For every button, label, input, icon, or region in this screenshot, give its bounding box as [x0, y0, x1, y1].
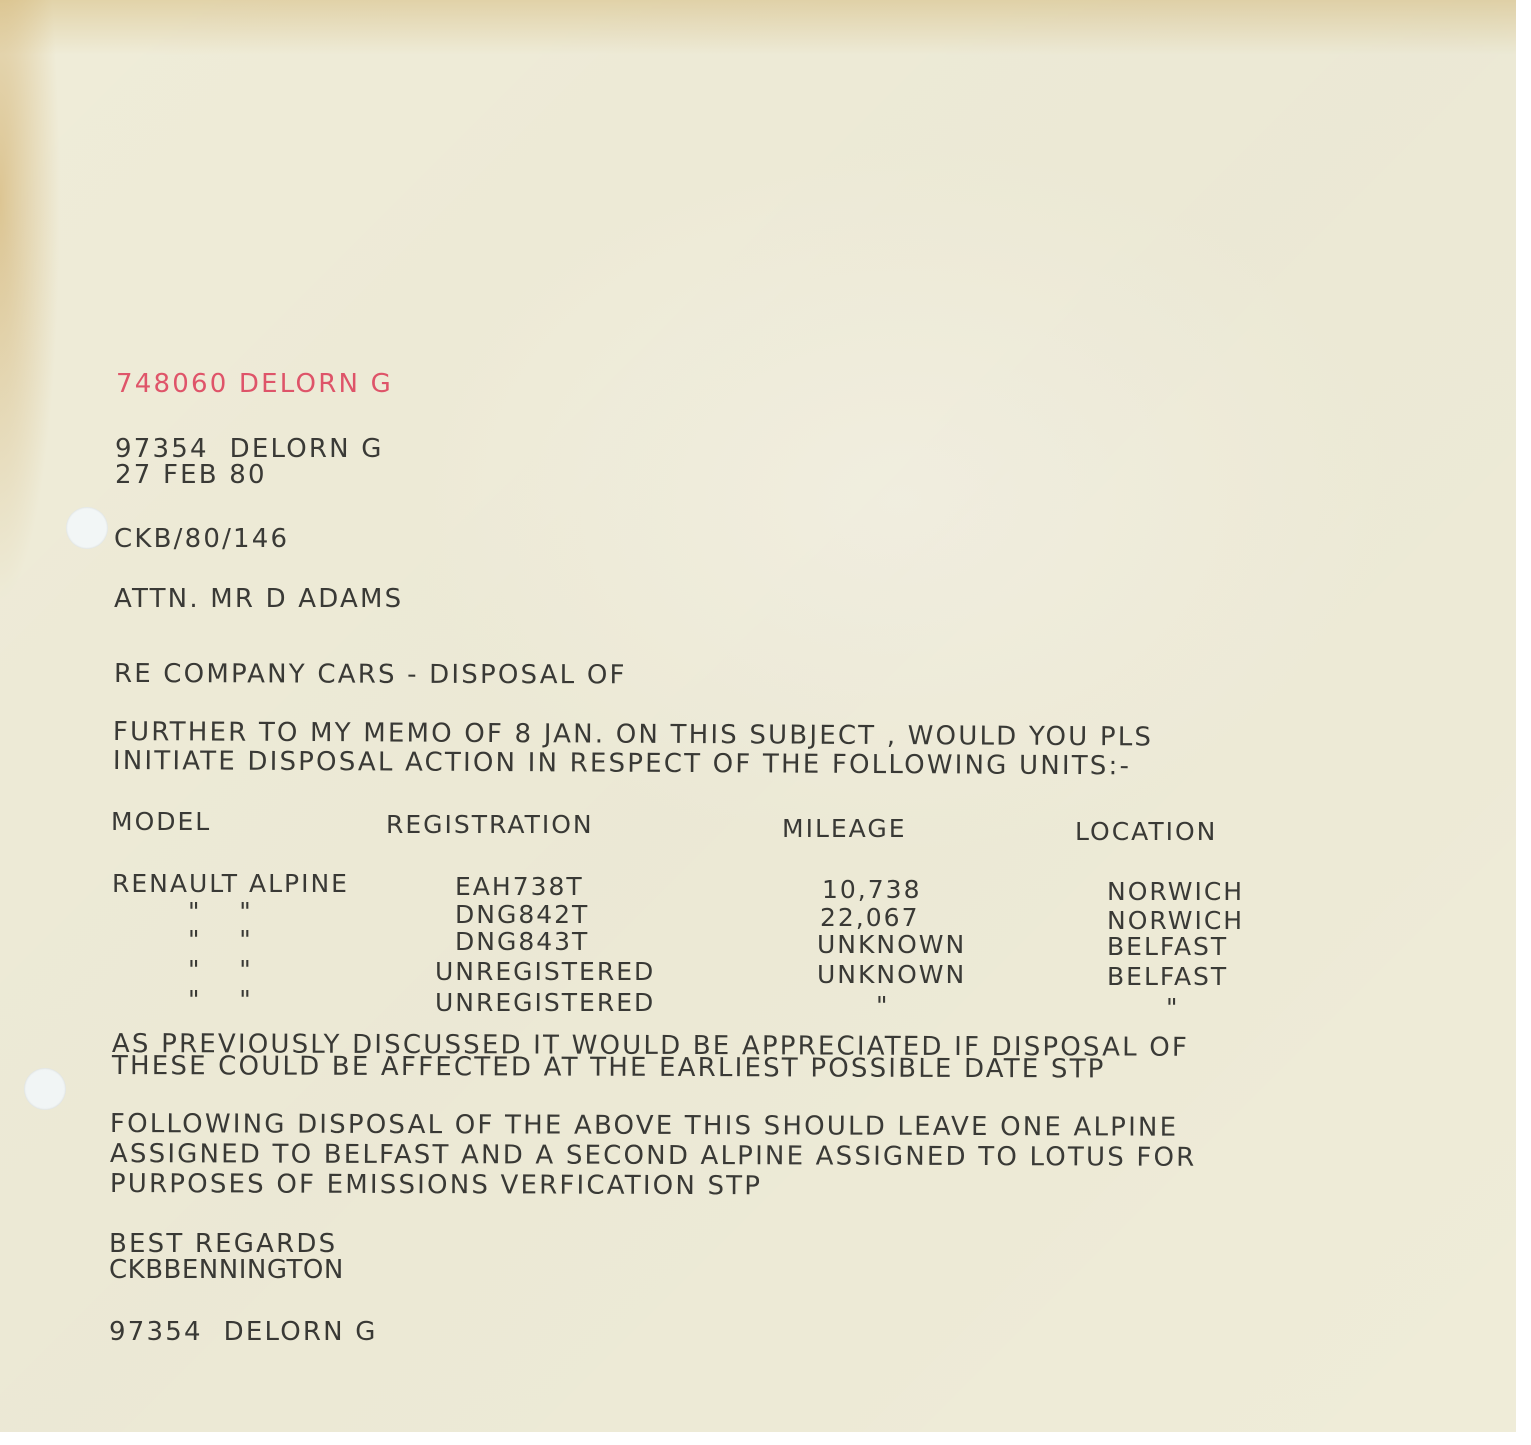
- telex-paper: 748060 DELORN G 97354 DELORN G 27 FEB 80…: [0, 0, 1516, 1432]
- cell-mileage: 22,067: [820, 904, 919, 932]
- reference-line: CKB/80/146: [114, 525, 289, 553]
- cell-location: BELFAST: [1107, 933, 1228, 961]
- intro-line-2: INITIATE DISPOSAL ACTION IN RESPECT OF T…: [113, 747, 1131, 780]
- attention-line: ATTN. MR D ADAMS: [114, 585, 403, 613]
- para3-line-3: PURPOSES OF EMISSIONS VERFICATION STP: [110, 1170, 762, 1200]
- cell-model: " ": [188, 898, 251, 926]
- cell-location: NORWICH: [1107, 907, 1244, 935]
- cell-location: ": [1166, 994, 1178, 1022]
- date-line: 27 FEB 80: [115, 461, 267, 489]
- punch-hole-top: [66, 507, 108, 549]
- para3-line-1: FOLLOWING DISPOSAL OF THE ABOVE THIS SHO…: [110, 1110, 1178, 1142]
- cell-model: RENAULT ALPINE: [112, 870, 349, 898]
- cell-location: BELFAST: [1107, 963, 1228, 991]
- header-registration: REGISTRATION: [386, 811, 594, 839]
- header-mileage: MILEAGE: [782, 815, 907, 843]
- cell-registration: DNG843T: [455, 928, 589, 956]
- header-model: MODEL: [111, 808, 211, 836]
- cell-mileage: UNKNOWN: [817, 931, 966, 959]
- header-location: LOCATION: [1075, 818, 1217, 846]
- para2-line-2: THESE COULD BE AFFECTED AT THE EARLIEST …: [112, 1052, 1106, 1083]
- para3-line-2: ASSIGNED TO BELFAST AND A SECOND ALPINE …: [110, 1140, 1197, 1172]
- cell-mileage: ": [876, 992, 888, 1020]
- answerback-red: 748060 DELORN G: [116, 370, 393, 398]
- cell-model: " ": [188, 926, 251, 954]
- para2-line-1: AS PREVIOUSLY DISCUSSED IT WOULD BE APPR…: [112, 1030, 1189, 1062]
- cell-model: " ": [188, 956, 251, 984]
- cell-registration: UNREGISTERED: [435, 989, 655, 1017]
- footer-answerback: 97354 DELORN G: [109, 1318, 378, 1346]
- punch-hole-bottom: [24, 1068, 66, 1110]
- closing-line: BEST REGARDS: [109, 1230, 337, 1258]
- cell-registration: DNG842T: [455, 901, 589, 929]
- cell-location: NORWICH: [1107, 878, 1244, 906]
- cell-mileage: UNKNOWN: [817, 961, 966, 989]
- subject-line: RE COMPANY CARS - DISPOSAL OF: [114, 660, 627, 689]
- cell-registration: UNREGISTERED: [435, 958, 655, 986]
- cell-mileage: 10,738: [822, 876, 921, 904]
- sender-line: 97354 DELORN G: [115, 435, 384, 463]
- signature-line: CKBBENNINGTON: [109, 1256, 344, 1284]
- cell-model: " ": [188, 986, 251, 1014]
- cell-registration: EAH738T: [455, 873, 584, 901]
- intro-line-1: FURTHER TO MY MEMO OF 8 JAN. ON THIS SUB…: [113, 718, 1153, 751]
